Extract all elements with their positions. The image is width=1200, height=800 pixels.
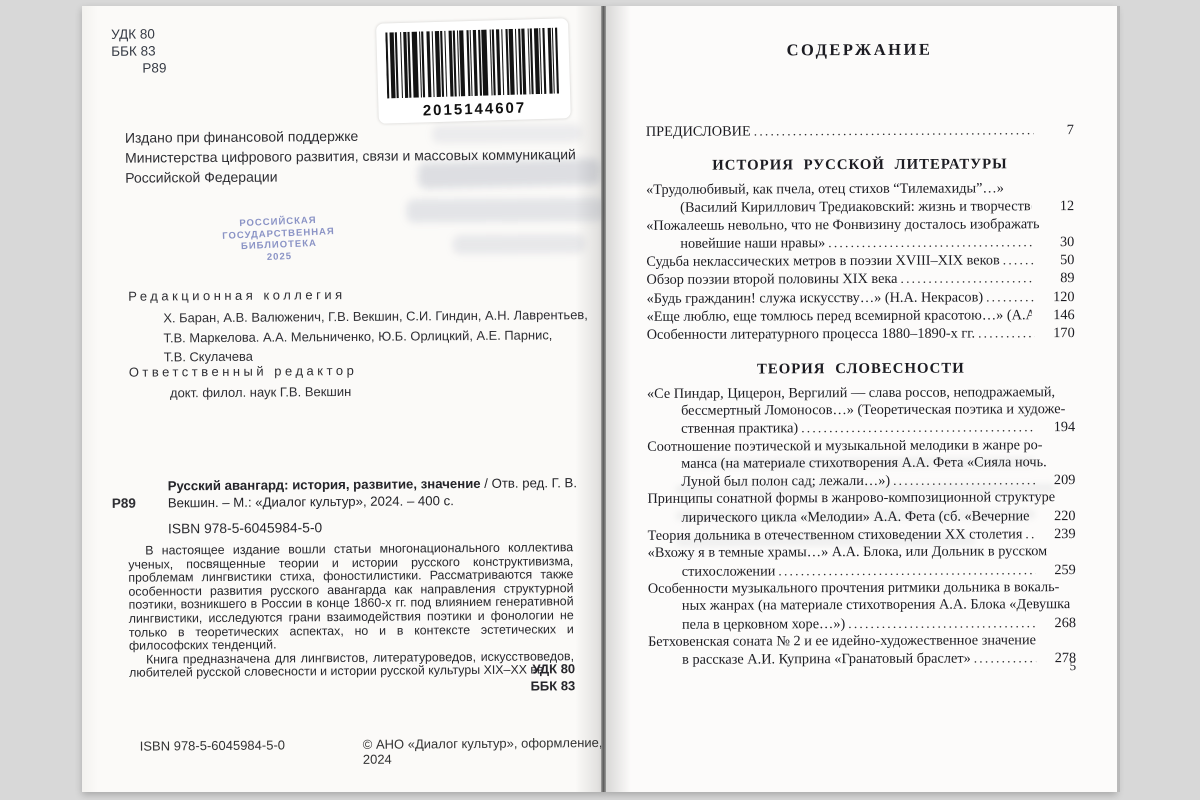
managing-editor-label: Ответственный редактор bbox=[129, 363, 358, 380]
catalog-codes-footer: УДК 80 ББК 83 bbox=[530, 661, 575, 694]
toc-entry-text: Соотношение поэтической и музыкальной ме… bbox=[647, 437, 1042, 456]
toc-entry-line: Особенности литературного процесса 1880–… bbox=[647, 324, 1075, 344]
barcode-number: 2015144607 bbox=[378, 98, 570, 121]
toc-entry-line: пела в церковном хоре…»)268 bbox=[648, 614, 1076, 634]
toc-entry-page-number: 30 bbox=[1038, 234, 1074, 251]
toc-entry-page-number: 120 bbox=[1039, 289, 1075, 306]
isbn-footer: ISBN 978-5-6045984-5-0 bbox=[140, 737, 285, 753]
toc-entry-line: бессмертный Ломоносов…» (Теоретическая п… bbox=[647, 401, 1075, 420]
toc-entry: Особенности литературного процесса 1880–… bbox=[647, 324, 1075, 344]
toc-entry: «Будь гражданин! служа искусству…» (Н.А.… bbox=[647, 288, 1075, 308]
toc-entry-text: Обзор поэзии второй половины XIX века bbox=[646, 271, 897, 289]
toc-entry-line: «Пожалеешь невольно, что не Фонвизину до… bbox=[646, 216, 1074, 235]
catalog-code-margin: Р89 bbox=[112, 496, 136, 511]
toc-entry-page-number: 209 bbox=[1039, 472, 1075, 489]
toc-sections: ИСТОРИЯ РУССКОЙ ЛИТЕРАТУРЫ«Трудолюбивый,… bbox=[646, 156, 1076, 669]
dot-leader bbox=[900, 270, 1034, 289]
dot-leader bbox=[893, 471, 1035, 490]
toc-entry-text: «Пожалеешь невольно, что не Фонвизину до… bbox=[646, 216, 1039, 235]
toc-entry-line: Бетховенская соната № 2 и ее идейно-худо… bbox=[648, 632, 1076, 651]
bbk-code-footer: ББК 83 bbox=[530, 678, 575, 695]
toc-entry-page-number: 239 bbox=[1040, 526, 1076, 543]
funding-line: Российской Федерации bbox=[125, 164, 576, 188]
funding-note: Издано при финансовой поддержке Министер… bbox=[125, 124, 576, 188]
toc-entry-text: ных жанрах (на материале стихотворения А… bbox=[682, 596, 1070, 615]
dot-leader bbox=[801, 419, 1035, 438]
toc-entry-line: Луной был полон сад; лежали…»)209 bbox=[647, 471, 1075, 491]
abstract-paragraph: В настоящее издание вошли статьи многона… bbox=[128, 541, 574, 653]
book-title: Русский авангард: история, развитие, зна… bbox=[168, 476, 481, 493]
dot-leader bbox=[1025, 525, 1035, 543]
table-of-contents: СОДЕРЖАНИЕ ПРЕДИСЛОВИЕ 7 ИСТОРИЯ РУССКОЙ… bbox=[645, 5, 1076, 669]
page-edge-right bbox=[1117, 6, 1120, 792]
copyright-notice: © АНО «Диалог культур», оформление, 2024 bbox=[363, 735, 608, 767]
toc-entry-text: бессмертный Ломоносов…» (Теоретическая п… bbox=[681, 401, 1065, 420]
toc-entry-text: Особенности литературного процесса 1880–… bbox=[647, 326, 975, 345]
library-stamp: РОССИЙСКАЯ ГОСУДАРСТВЕННАЯ БИБЛИОТЕКА 20… bbox=[188, 213, 370, 267]
udk-code: УДК 80 bbox=[111, 25, 166, 42]
toc-entry-line: ственная практика)194 bbox=[647, 418, 1075, 438]
names-line: Т.В. Маркелова. А.А. Мельниченко, Ю.Б. О… bbox=[163, 325, 588, 348]
toc-entry-line: «Вхожу я в темные храмы…» А.А. Блока, ил… bbox=[648, 543, 1076, 562]
toc-entry-text: «Еще люблю, еще томлюсь перед всемирной … bbox=[647, 307, 1032, 326]
catalog-codes-top: УДК 80 ББК 83 Р89 bbox=[111, 25, 166, 76]
bbk-code: ББК 83 bbox=[111, 42, 166, 59]
toc-entry-line: Теория дольника в отечественном стиховед… bbox=[648, 525, 1076, 545]
toc-entry-line: «Трудолюбивый, как пчела, отец стихов “Т… bbox=[646, 180, 1074, 199]
dot-leader bbox=[778, 561, 1035, 580]
toc-entry-line: «Будь гражданин! служа искусству…» (Н.А.… bbox=[647, 288, 1075, 308]
toc-section-heading: ИСТОРИЯ РУССКОЙ ЛИТЕРАТУРЫ bbox=[646, 156, 1074, 175]
toc-entry-page-number: 12 bbox=[1038, 198, 1074, 215]
toc-entry-list: «Трудолюбивый, как пчела, отец стихов “Т… bbox=[646, 180, 1075, 345]
dot-leader bbox=[1003, 251, 1035, 269]
left-page-content: УДК 80 ББК 83 Р89 2015144607 Издано при … bbox=[79, 4, 608, 794]
toc-entry-text: манса (на материале стихотворения А.А. Ф… bbox=[681, 454, 1046, 473]
toc-entry-line: Принципы сонатной формы в жанрово-композ… bbox=[647, 490, 1075, 509]
toc-title: СОДЕРЖАНИЕ bbox=[645, 39, 1073, 61]
toc-entry-page-number: 268 bbox=[1040, 615, 1076, 632]
toc-entry: Теория дольника в отечественном стиховед… bbox=[648, 525, 1076, 545]
dot-leader bbox=[974, 649, 1037, 668]
toc-section-heading: ТЕОРИЯ СЛОВЕСНОСТИ bbox=[647, 360, 1075, 379]
dot-leader bbox=[986, 288, 1035, 307]
abstract: В настоящее издание вошли статьи многона… bbox=[128, 541, 574, 680]
toc-entry-text: Луной был полон сад; лежали…») bbox=[681, 473, 890, 491]
toc-entry-line: Судьба неклассических метров в поэзии XV… bbox=[646, 251, 1074, 271]
toc-entry: Особенности музыкального прочтения ритми… bbox=[648, 579, 1076, 634]
editorial-board-names: Х. Баран, А.В. Валюженич, Г.В. Векшин, С… bbox=[163, 305, 588, 367]
right-page: СОДЕРЖАНИЕ ПРЕДИСЛОВИЕ 7 ИСТОРИЯ РУССКОЙ… bbox=[605, 6, 1117, 792]
toc-entry: «Вхожу я в темные храмы…» А.А. Блока, ил… bbox=[648, 543, 1076, 580]
page-number: 5 bbox=[1070, 658, 1077, 674]
toc-entry-line: (Василий Кириллович Тредиаковский: жизнь… bbox=[646, 197, 1074, 217]
toc-entry-text: новейшие наши нравы» bbox=[680, 235, 825, 253]
imprint-footer: ISBN 978-5-6045984-5-0 © АНО «Диалог кул… bbox=[85, 735, 608, 739]
toc-entry-page-number: 220 bbox=[1039, 508, 1075, 525]
preface-page-number: 7 bbox=[1038, 122, 1074, 139]
bibliographic-record: Русский авангард: история, развитие, зна… bbox=[168, 475, 602, 511]
left-page: УДК 80 ББК 83 Р89 2015144607 Издано при … bbox=[82, 6, 605, 792]
abstract-paragraph: Книга предназначена для лингвистов, лите… bbox=[129, 650, 574, 681]
toc-entry: Бетховенская соната № 2 и ее идейно-худо… bbox=[648, 632, 1076, 669]
toc-entry-line: лирического цикла «Мелодии» А.А. Фета (с… bbox=[647, 507, 1075, 527]
toc-entry-text: Принципы сонатной формы в жанрово-композ… bbox=[647, 490, 1055, 509]
toc-entry-text: Особенности музыкального прочтения ритми… bbox=[648, 579, 1060, 598]
toc-entry-page-number: 50 bbox=[1038, 252, 1074, 269]
toc-entry-line: в рассказе А.И. Куприна «Гранатовый брас… bbox=[648, 649, 1076, 669]
dot-leader bbox=[828, 233, 1034, 252]
toc-entry-line: Обзор поэзии второй половины XIX века89 bbox=[646, 270, 1074, 290]
toc-entry: Обзор поэзии второй половины XIX века89 bbox=[646, 270, 1074, 290]
toc-entry: «Пожалеешь невольно, что не Фонвизину до… bbox=[646, 216, 1074, 253]
toc-entry-line: «Се Пиндар, Цицерон, Вергилий — слава ро… bbox=[647, 384, 1075, 403]
toc-entry: «Се Пиндар, Цицерон, Вергилий — слава ро… bbox=[647, 384, 1075, 439]
toc-entry-line: Соотношение поэтической и музыкальной ме… bbox=[647, 437, 1075, 456]
toc-entry-line: новейшие наши нравы»30 bbox=[646, 233, 1074, 253]
dot-leader bbox=[848, 614, 1036, 633]
toc-entry-line: стихосложении259 bbox=[648, 561, 1076, 581]
udk-code-footer: УДК 80 bbox=[530, 661, 575, 678]
funding-line: Министерства цифрового развития, связи и… bbox=[125, 144, 576, 168]
isbn: ISBN 978-5-6045984-5-0 bbox=[168, 520, 322, 536]
toc-entry-text: Судьба неклассических метров в поэзии XV… bbox=[646, 253, 999, 272]
barcode-icon bbox=[385, 27, 561, 98]
bleedthrough-ghost bbox=[453, 234, 585, 254]
toc-entry-page-number: 259 bbox=[1040, 562, 1076, 579]
toc-entry-line: манса (на материале стихотворения А.А. Ф… bbox=[647, 454, 1075, 473]
toc-entry-text: Теория дольника в отечественном стиховед… bbox=[648, 526, 1023, 545]
book-spine-edge bbox=[601, 6, 606, 792]
toc-entry: Принципы сонатной формы в жанрово-композ… bbox=[647, 490, 1075, 527]
toc-entry-page-number: 194 bbox=[1039, 419, 1075, 436]
toc-entry-page-number: 89 bbox=[1038, 271, 1074, 288]
names-line: Х. Баран, А.В. Валюженич, Г.В. Векшин, С… bbox=[163, 305, 588, 328]
toc-entry-text: пела в церковном хоре…») bbox=[682, 616, 845, 634]
toc-entry-text: «Трудолюбивый, как пчела, отец стихов “Т… bbox=[646, 180, 1004, 199]
library-barcode-sticker: 2015144607 bbox=[376, 18, 571, 123]
toc-entry-text: «Вхожу я в темные храмы…» А.А. Блока, ил… bbox=[648, 544, 1048, 563]
toc-entry-text: «Се Пиндар, Цицерон, Вергилий — слава ро… bbox=[647, 384, 1055, 403]
toc-entry-text: «Будь гражданин! служа искусству…» (Н.А.… bbox=[647, 289, 984, 308]
toc-entry-list: «Се Пиндар, Цицерон, Вергилий — слава ро… bbox=[647, 384, 1076, 670]
toc-preface-row: ПРЕДИСЛОВИЕ 7 bbox=[646, 122, 1074, 141]
toc-entry-line: ных жанрах (на материале стихотворения А… bbox=[648, 596, 1076, 615]
author-sign-code: Р89 bbox=[111, 59, 166, 76]
toc-entry: Соотношение поэтической и музыкальной ме… bbox=[647, 437, 1075, 492]
toc-entry-line: «Еще люблю, еще томлюсь перед всемирной … bbox=[647, 306, 1075, 326]
preface-label: ПРЕДИСЛОВИЕ bbox=[646, 123, 751, 140]
right-page-content: СОДЕРЖАНИЕ ПРЕДИСЛОВИЕ 7 ИСТОРИЯ РУССКОЙ… bbox=[603, 5, 1118, 793]
dot-leader bbox=[754, 122, 1034, 140]
editorial-board-label: Редакционная коллегия bbox=[128, 287, 346, 304]
toc-entry-text: Бетховенская соната № 2 и ее идейно-худо… bbox=[648, 632, 1036, 651]
toc-entry-page-number: 146 bbox=[1039, 307, 1075, 324]
toc-entry: «Трудолюбивый, как пчела, отец стихов “Т… bbox=[646, 180, 1074, 217]
toc-entry-line: Особенности музыкального прочтения ритми… bbox=[648, 579, 1076, 598]
toc-entry-text: лирического цикла «Мелодии» А.А. Фета (с… bbox=[681, 508, 1032, 527]
toc-entry-text: стихосложении bbox=[682, 563, 776, 581]
toc-entry-text: (Василий Кириллович Тредиаковский: жизнь… bbox=[680, 199, 1031, 218]
managing-editor-name: докт. филол. наук Г.В. Векшин bbox=[170, 384, 351, 400]
toc-entry-page-number: 170 bbox=[1039, 325, 1075, 342]
toc-entry-text: в рассказе А.И. Куприна «Гранатовый брас… bbox=[682, 651, 971, 670]
toc-entry: «Еще люблю, еще томлюсь перед всемирной … bbox=[647, 306, 1075, 326]
dot-leader bbox=[978, 325, 1035, 344]
toc-entry-text: ственная практика) bbox=[681, 421, 798, 439]
toc-entry: Судьба неклассических метров в поэзии XV… bbox=[646, 251, 1074, 271]
